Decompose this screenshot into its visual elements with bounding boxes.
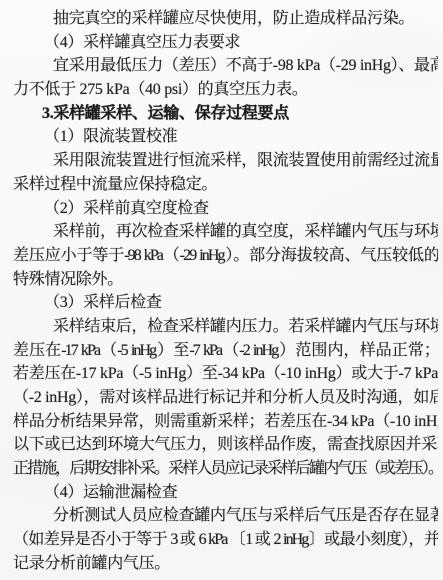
text-line: （1）限流装置校准 <box>13 125 438 149</box>
text-line: 正措施，后期安排补采。采样人员应记录采样后罐内气压（或差压）。 <box>13 457 438 481</box>
text-line: 若差压在-17 kPa（-5 inHg）至-34 kPa（-10 inHg）或大… <box>13 362 438 386</box>
paragraph: 采样结束后，检查采样罐内压力。若采样罐内气压与环境空气差压在-17 kPa（-5… <box>13 315 438 481</box>
document-text-column: 抽完真空的采样罐应尽快使用，防止造成样品污染。（4）采样罐真空压力表要求宜采用最… <box>13 7 438 576</box>
numbered-item-heading: （4）运输泄漏检查 <box>13 481 438 505</box>
numbered-item-heading: （4）采样罐真空压力表要求 <box>13 31 438 55</box>
text-line: （3）采样后检查 <box>13 291 438 315</box>
section-heading: 3.采样罐采样、运输、保存过程要点 <box>13 102 438 126</box>
numbered-item-heading: （1）限流装置校准 <box>13 125 438 149</box>
paragraph: 采样前，再次检查采样罐的真空度，采样罐内气压与环境空气差压应小于等于-98 kP… <box>13 220 438 291</box>
text-line: 差压应小于等于-98 kPa（-29 inHg）。部分海拔较高、气压较低的 <box>13 244 438 268</box>
text-line: （如差异是否小于等于 3 或 6 kPa 〔1 或 2 inHg〕或最小刻度），… <box>13 528 438 552</box>
numbered-item-heading: （3）采样后检查 <box>13 291 438 315</box>
text-line: （2）采样前真空度检查 <box>13 197 438 221</box>
text-line: 特殊情况除外。 <box>13 268 438 292</box>
text-line: 以下或已达到环境大气压力，则该样品作废，需查找原因并采取纠 <box>13 433 438 457</box>
text-line: （4）采样罐真空压力表要求 <box>13 31 438 55</box>
document-page: 抽完真空的采样罐应尽快使用，防止造成样品污染。（4）采样罐真空压力表要求宜采用最… <box>0 0 443 580</box>
text-line: 样品分析结果异常，则需重新采样；若差压在-34 kPa（-10 inHg） <box>13 410 438 434</box>
paragraph: 采用限流装置进行恒流采样，限流装置使用前需经过流量校准，采样过程中流量应保持稳定… <box>13 149 438 196</box>
paragraph: 宜采用最低压力（差压）不高于-98 kPa（-29 inHg）、最高压力不低于 … <box>13 54 438 101</box>
text-line: 3.采样罐采样、运输、保存过程要点 <box>13 102 438 126</box>
text-line: 采用限流装置进行恒流采样，限流装置使用前需经过流量校准， <box>13 149 438 173</box>
text-line: 宜采用最低压力（差压）不高于-98 kPa（-29 inHg）、最高压 <box>13 54 438 78</box>
text-line: 分析测试人员应检查罐内气压与采样后气压是否存在显著差异 <box>13 504 438 528</box>
text-line: （-2 inHg），需对该样品进行标记并和分析人员及时沟通，如后期 <box>13 386 438 410</box>
paragraph: 分析测试人员应检查罐内气压与采样后气压是否存在显著差异（如差异是否小于等于 3 … <box>13 504 438 575</box>
text-line: 差压在-17 kPa（-5 inHg）至-7 kPa（-2 inHg）范围内，样… <box>13 339 438 363</box>
text-line: 记录分析前罐内气压。 <box>13 552 438 576</box>
text-line: （4）运输泄漏检查 <box>13 481 438 505</box>
text-line: 采样结束后，检查采样罐内压力。若采样罐内气压与环境空气 <box>13 315 438 339</box>
text-line: 力不低于 275 kPa（40 psi）的真空压力表。 <box>13 78 438 102</box>
numbered-item-heading: （2）采样前真空度检查 <box>13 197 438 221</box>
text-line: 抽完真空的采样罐应尽快使用，防止造成样品污染。 <box>13 7 438 31</box>
text-line: 采样前，再次检查采样罐的真空度，采样罐内气压与环境空气 <box>13 220 438 244</box>
text-line: 采样过程中流量应保持稳定。 <box>13 173 438 197</box>
paragraph: 抽完真空的采样罐应尽快使用，防止造成样品污染。 <box>13 7 438 31</box>
